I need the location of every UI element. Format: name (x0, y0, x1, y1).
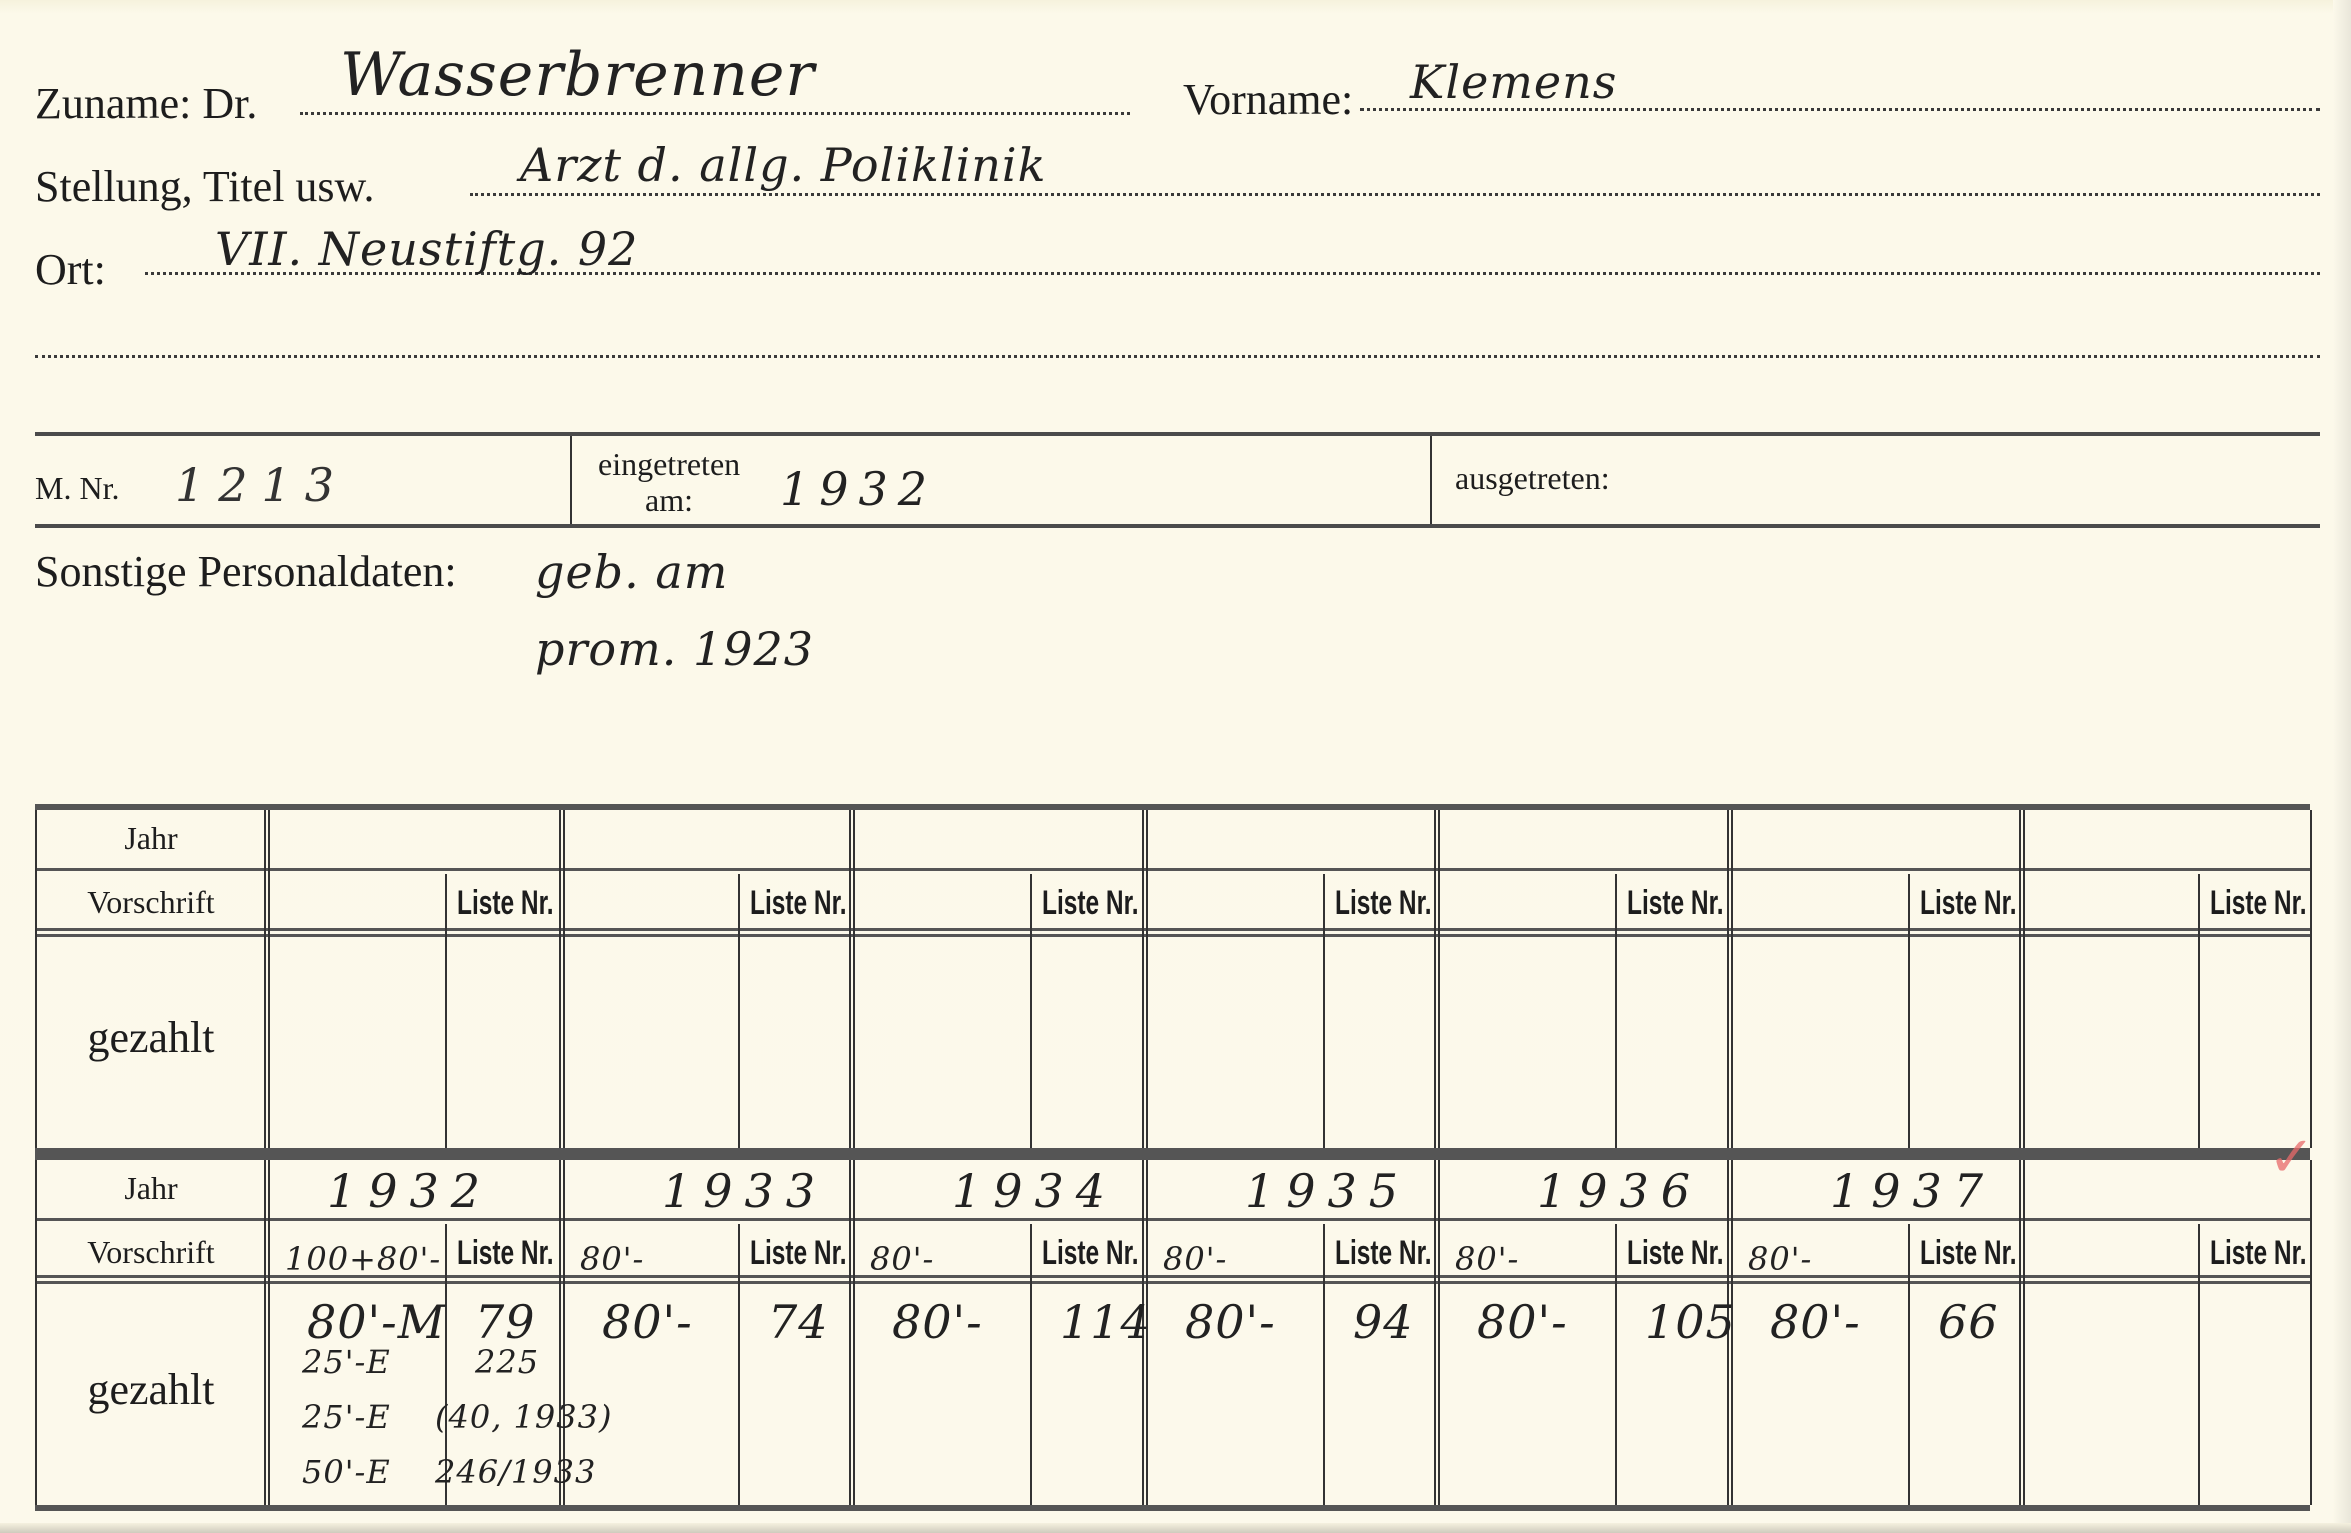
table1-group-divider (264, 810, 270, 1148)
table2-liste-nr-label: Liste Nr. (1920, 1234, 2017, 1273)
table2-year-0: 1932 (327, 1164, 492, 1218)
table2-bottom-rule (35, 1505, 2310, 1511)
table1-liste-divider (1908, 874, 1910, 1148)
table2-liste-0-2: (40, 1933) (435, 1398, 612, 1436)
check-mark-icon: ✓ (2268, 1125, 2315, 1190)
table1-liste-divider (1615, 874, 1617, 1148)
table1-top-rule (35, 804, 2310, 810)
table2-liste-divider (1030, 1224, 1032, 1505)
table2-liste-0-0: 79 (475, 1295, 536, 1349)
table1-vorschrift-label: Vorschrift (35, 886, 267, 918)
table2-vorschrift-label: Vorschrift (35, 1236, 267, 1268)
table2-liste-0-3: 246/1933 (435, 1453, 596, 1491)
table1-liste-divider (2198, 874, 2200, 1148)
table2-year-2: 1934 (952, 1164, 1117, 1218)
table2-liste-nr-label: Liste Nr. (1627, 1234, 1724, 1273)
table1-group-divider (1434, 810, 1440, 1148)
table2-group-divider (264, 1160, 270, 1505)
table2-year-1: 1933 (662, 1164, 827, 1218)
stellung-label: Stellung, Titel usw. (35, 165, 374, 209)
table2-vorschrift-0: 100+80'- (285, 1240, 441, 1278)
table2-liste-divider (1908, 1224, 1910, 1505)
table2-gezahlt-0-1: 25'-E (302, 1343, 391, 1381)
table2-liste-3-0: 94 (1353, 1295, 1414, 1349)
mnr-value: 1213 (175, 458, 348, 512)
table1-liste-divider (1030, 874, 1032, 1148)
zuname-line (300, 112, 1130, 115)
divider-eingetreten (1430, 436, 1432, 524)
table1-group-divider (1727, 810, 1733, 1148)
table2-vorschrift-rule-2 (35, 1281, 2310, 1284)
table2-liste-divider (738, 1224, 740, 1505)
rule-bottom-membership (35, 524, 2320, 528)
eingetreten-am-label: am: (645, 484, 693, 516)
table2-right-border (2310, 1160, 2312, 1505)
zuname-label: Zuname: Dr. (35, 82, 257, 126)
table2-liste-5-0: 66 (1938, 1295, 1999, 1349)
ort-value: VII. Neustiftg. 92 (215, 222, 638, 276)
table1-vorschrift-rule (35, 928, 2310, 931)
table2-group-divider (2019, 1160, 2025, 1505)
table2-top-rule (35, 1154, 2310, 1160)
table2-liste-2-0: 114 (1060, 1295, 1151, 1349)
table2-liste-divider (1615, 1224, 1617, 1505)
rule-top-membership (35, 432, 2320, 436)
table1-liste-nr-label: Liste Nr. (2210, 884, 2307, 923)
ausgetreten-label: ausgetreten: (1455, 462, 1610, 494)
card-edge-right (2333, 0, 2351, 1533)
table1-liste-divider (1323, 874, 1325, 1148)
table2-liste-divider (1323, 1224, 1325, 1505)
divider-mnr (570, 436, 572, 524)
personal-line-2: prom. 1923 (535, 622, 814, 676)
table2-liste-nr-label: Liste Nr. (750, 1234, 847, 1273)
table1-liste-nr-label: Liste Nr. (1042, 884, 1139, 923)
table2-gezahlt-5-0: 80'- (1770, 1295, 1861, 1349)
table1-right-border (2310, 810, 2312, 1148)
table2-year-5: 1937 (1830, 1164, 1995, 1218)
stellung-value: Arzt d. allg. Poliklinik (520, 138, 1047, 192)
table2-group-divider (1434, 1160, 1440, 1505)
table1-liste-divider (445, 874, 447, 1148)
vorname-label: Vorname: (1183, 78, 1353, 122)
table2-gezahlt-0-2: 25'-E (302, 1398, 391, 1436)
table1-vorschrift-rule-2 (35, 934, 2310, 937)
table2-gezahlt-3-0: 80'- (1185, 1295, 1276, 1349)
table1-liste-nr-label: Liste Nr. (1920, 884, 2017, 923)
table2-jahr-label: Jahr (35, 1172, 267, 1204)
table1-group-divider (849, 810, 855, 1148)
table2-gezahlt-1-0: 80'- (602, 1295, 693, 1349)
table1-liste-nr-label: Liste Nr. (1335, 884, 1432, 923)
card-edge-bottom (0, 1523, 2351, 1533)
table1-liste-nr-label: Liste Nr. (1627, 884, 1724, 923)
table2-left-border (35, 1160, 37, 1505)
table1-jahr-label: Jahr (35, 822, 267, 854)
table2-liste-4-0: 105 (1645, 1295, 1736, 1349)
mnr-label: M. Nr. (35, 472, 119, 504)
personal-line-1: geb. am (535, 545, 728, 599)
table2-year-4: 1936 (1537, 1164, 1702, 1218)
table1-liste-nr-label: Liste Nr. (750, 884, 847, 923)
table1-group-divider (2019, 810, 2025, 1148)
vorname-value: Klemens (1410, 55, 1617, 109)
index-card: Zuname: Dr. Wasserbrenner Vorname: Kleme… (0, 0, 2351, 1533)
table2-vorschrift-2: 80'- (870, 1240, 934, 1278)
personal-label: Sonstige Personaldaten: (35, 550, 457, 594)
table1-liste-divider (738, 874, 740, 1148)
table2-liste-0-1: 225 (475, 1343, 539, 1381)
table2-liste-divider (2198, 1224, 2200, 1505)
table1-group-divider (1142, 810, 1148, 1148)
table2-liste-nr-label: Liste Nr. (1042, 1234, 1139, 1273)
stellung-line (470, 193, 2320, 196)
eingetreten-value: 1932 (780, 462, 937, 516)
table2-jahr-rule (35, 1218, 2310, 1221)
zuname-value: Wasserbrenner (340, 40, 815, 110)
table2-vorschrift-1: 80'- (580, 1240, 644, 1278)
table2-vorschrift-4: 80'- (1455, 1240, 1519, 1278)
table2-liste-1-0: 74 (768, 1295, 829, 1349)
table2-gezahlt-label: gezahlt (35, 1368, 267, 1412)
table2-gezahlt-0-3: 50'-E (302, 1453, 391, 1491)
blank-line (35, 355, 2320, 358)
table1-gezahlt-label: gezahlt (35, 1016, 267, 1060)
eingetreten-label: eingetreten (598, 448, 740, 480)
table2-group-divider (849, 1160, 855, 1505)
table1-left-border (35, 810, 37, 1148)
table2-liste-nr-label: Liste Nr. (2210, 1234, 2307, 1273)
table2-gezahlt-2-0: 80'- (892, 1295, 983, 1349)
ort-label: Ort: (35, 248, 106, 292)
table2-vorschrift-3: 80'- (1163, 1240, 1227, 1278)
table2-year-3: 1935 (1245, 1164, 1410, 1218)
table1-jahr-rule (35, 868, 2310, 871)
table2-vorschrift-5: 80'- (1748, 1240, 1812, 1278)
table1-group-divider (559, 810, 565, 1148)
table2-liste-nr-label: Liste Nr. (457, 1234, 554, 1273)
table2-gezahlt-4-0: 80'- (1477, 1295, 1568, 1349)
table2-liste-nr-label: Liste Nr. (1335, 1234, 1432, 1273)
table1-liste-nr-label: Liste Nr. (457, 884, 554, 923)
table2-gezahlt-0-0: 80'-M (307, 1295, 446, 1349)
